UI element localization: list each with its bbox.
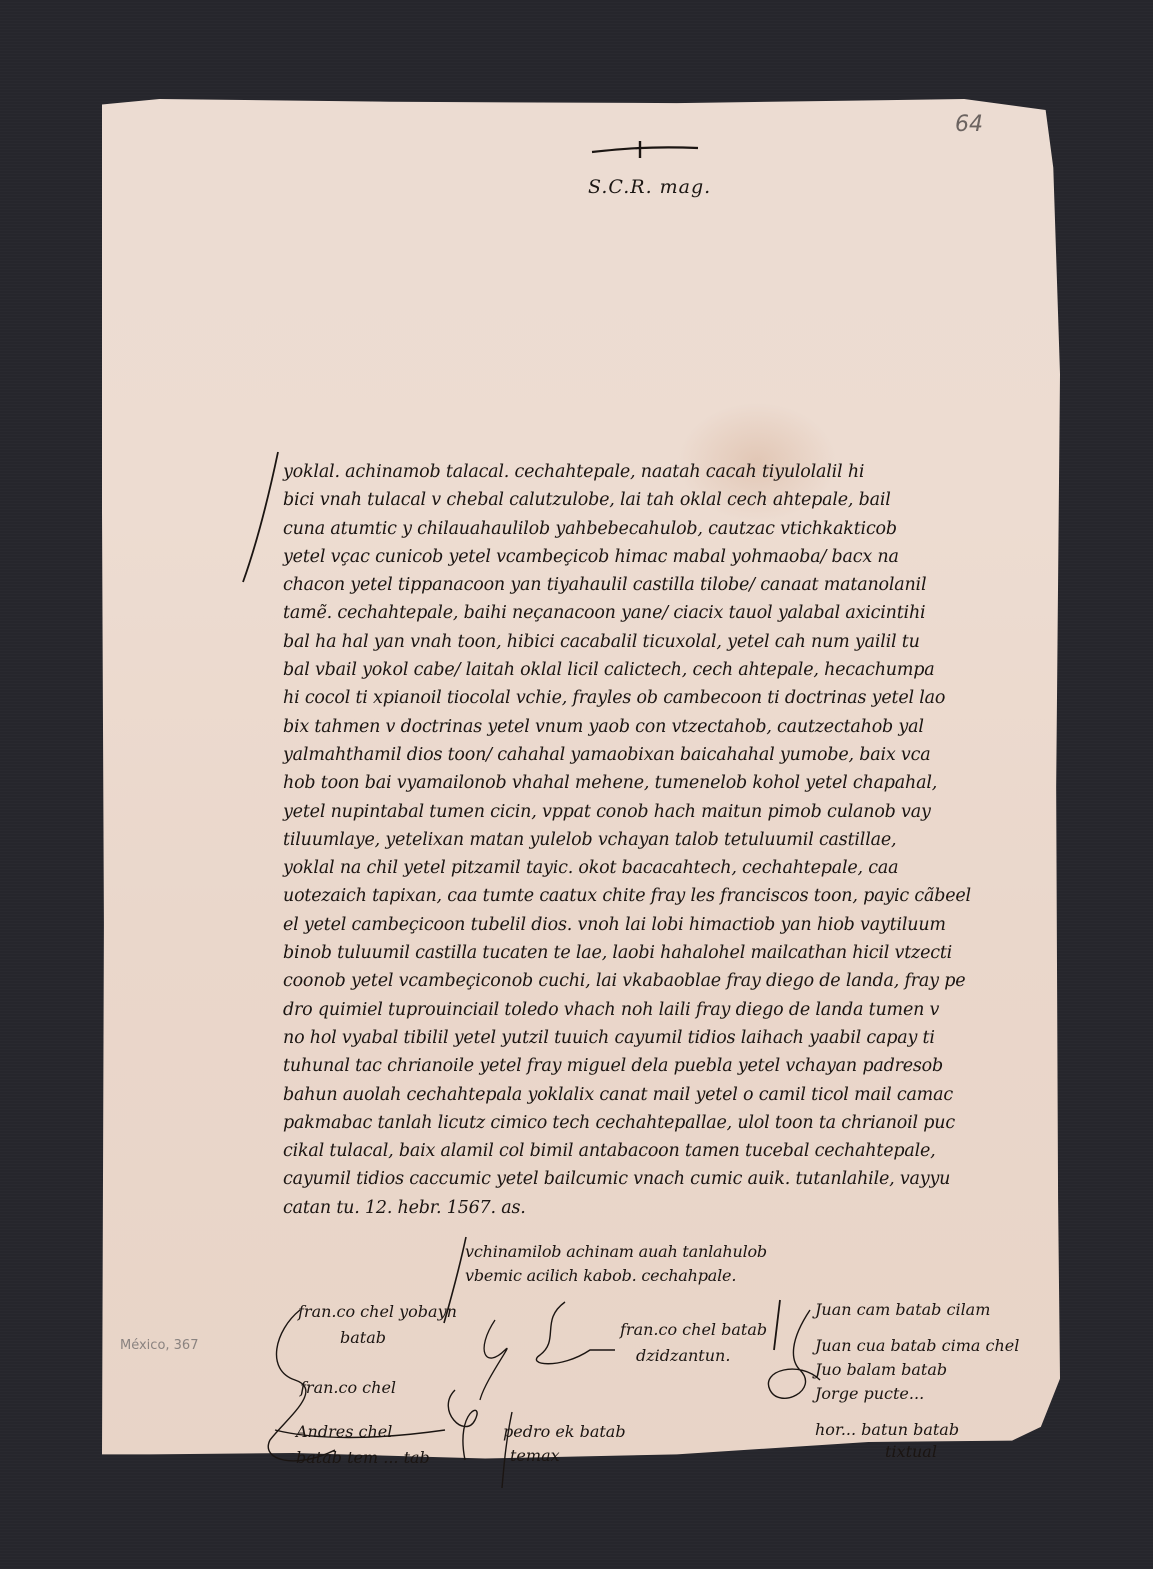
- body-line: tuhunal tac chrianoile yetel fray miguel…: [283, 1052, 993, 1080]
- body-line: hi cocol ti xpianoil tiocolal vchie, fra…: [283, 684, 993, 712]
- body-line: uotezaich tapixan, caa tumte caatux chit…: [283, 882, 993, 910]
- signature-title: tixtual: [885, 1442, 937, 1461]
- body-line: bal vbail yokol cabe/ laitah oklal licil…: [283, 656, 993, 684]
- archive-reference: México, 367: [120, 1338, 198, 1353]
- body-line: bix tahmen v doctrinas yetel vnum yaob c…: [283, 713, 993, 741]
- signature-name: fran.co chel batab: [620, 1320, 767, 1339]
- body-line: el yetel cambeçicoon tubelil dios. vnoh …: [283, 911, 993, 939]
- body-line: catan tu. 12. hebr. 1567. as.: [283, 1194, 993, 1222]
- signature-flourish-icon: [760, 1290, 830, 1430]
- body-line: no hol vyabal tibilil yetel yutzil tuuic…: [283, 1024, 993, 1052]
- body-line: bahun auolah cechahtepala yoklalix canat…: [283, 1081, 993, 1109]
- folio-number: 64: [955, 112, 983, 137]
- body-line: yoklal na chil yetel pitzamil tayic. oko…: [283, 854, 993, 882]
- body-line: bal ha hal yan vnah toon, hibici cacabal…: [283, 628, 993, 656]
- signature-flourish-icon: [520, 1300, 620, 1370]
- body-line: binob tuluumil castilla tucaten te lae, …: [283, 939, 993, 967]
- closing-line: vbemic acilich kabob. cechahpale.: [465, 1264, 767, 1288]
- signature-title: dzidzantun.: [636, 1346, 730, 1365]
- signature-name: hor... batun batab: [815, 1420, 959, 1439]
- body-line: hob toon bai vyamailonob vhahal mehene, …: [283, 769, 993, 797]
- body-line: cuna atumtic y chilauahaulilob yahbebeca…: [283, 515, 993, 543]
- body-line: coonob yetel vcambeçiconob cuchi, lai vk…: [283, 967, 993, 995]
- signature-name: Juan cam batab cilam: [815, 1300, 990, 1319]
- margin-stroke-icon: [240, 450, 280, 585]
- body-line: bici vnah tulacal v chebal calutzulobe, …: [283, 486, 993, 514]
- body-line: tamẽ. cechahtepale, baihi neçanacoon yan…: [283, 599, 993, 627]
- body-line: yoklal. achinamob talacal. cechahtepale,…: [283, 458, 993, 486]
- signature-flourish-icon: [498, 1410, 518, 1490]
- letter-body: yoklal. achinamob talacal. cechahtepale,…: [283, 458, 993, 1222]
- signature-name: Juan cua batab cima chel: [815, 1336, 1019, 1355]
- body-line: yalmahthamil dios toon/ cahahal yamaobix…: [283, 741, 993, 769]
- body-line: dro quimiel tuprouinciail toledo vhach n…: [283, 996, 993, 1024]
- body-line: yetel vçac cunicob yetel vcambeçicob him…: [283, 543, 993, 571]
- cross-icon: [590, 140, 702, 160]
- salutation: S.C.R. mag.: [588, 176, 711, 198]
- body-line: chacon yetel tippanacoon yan tiyahaulil …: [283, 571, 993, 599]
- body-line: pakmabac tanlah licutz cimico tech cecha…: [283, 1109, 993, 1137]
- body-line: tiluumlaye, yetelixan matan yulelob vcha…: [283, 826, 993, 854]
- body-line: cikal tulacal, baix alamil col bimil ant…: [283, 1137, 993, 1165]
- body-line: cayumil tidios caccumic yetel bailcumic …: [283, 1165, 993, 1193]
- closing-line: vchinamilob achinam auah tanlahulob: [465, 1240, 767, 1264]
- body-line: yetel nupintabal tumen cicin, vppat cono…: [283, 798, 993, 826]
- closing-formula: vchinamilob achinam auah tanlahulob vbem…: [465, 1240, 767, 1288]
- signature-name: Juo balam batab: [815, 1360, 947, 1379]
- signature-name: Jorge pucte...: [815, 1384, 924, 1403]
